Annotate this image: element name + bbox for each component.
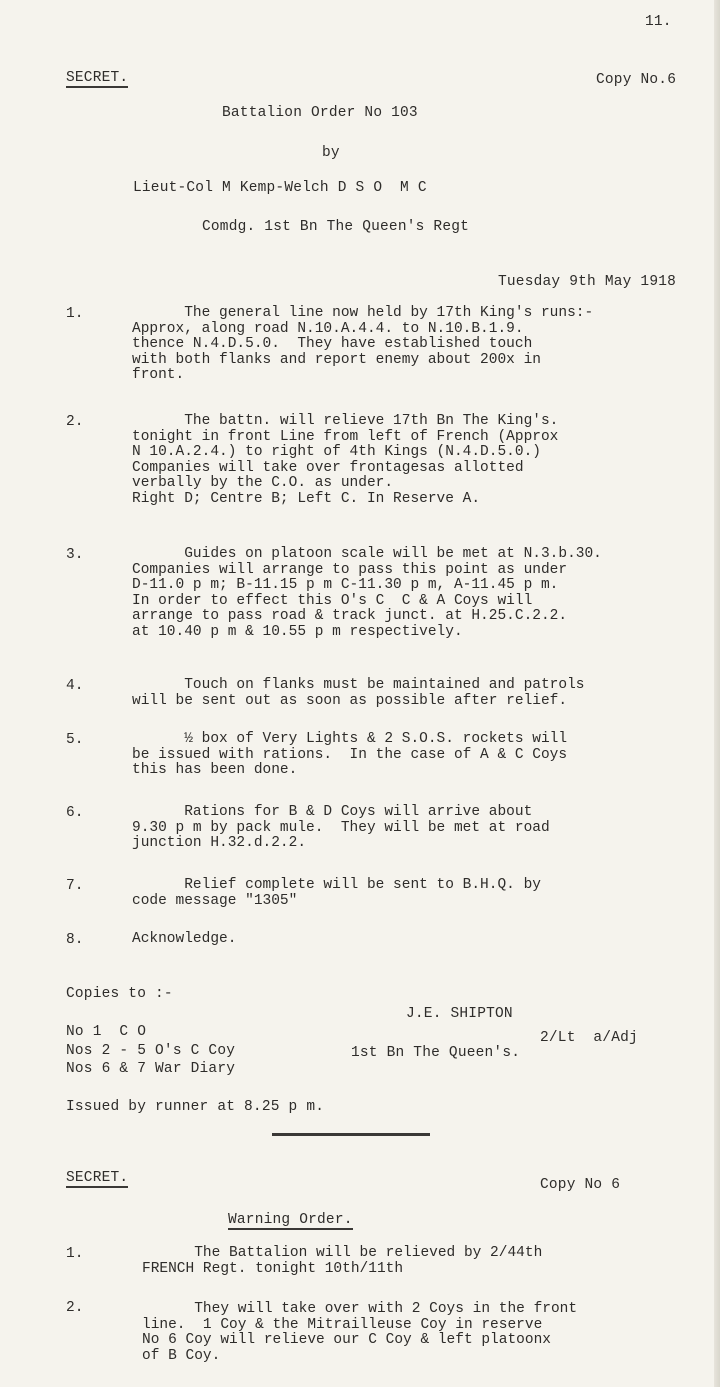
copy-recipient: Nos 2 - 5 O's C Coy bbox=[66, 1043, 235, 1059]
copy-recipient: Nos 6 & 7 War Diary bbox=[66, 1061, 235, 1077]
command-line: Comdg. 1st Bn The Queen's Regt bbox=[202, 219, 469, 235]
paragraph-text: Guides on platoon scale will be met at N… bbox=[132, 547, 602, 641]
paragraph-number: 7. bbox=[66, 878, 83, 894]
warning-classification: SECRET. bbox=[66, 1170, 128, 1186]
paragraph-text: Relief complete will be sent to B.H.Q. b… bbox=[132, 878, 541, 909]
section-divider bbox=[272, 1133, 430, 1136]
paragraph-text: The general line now held by 17th King's… bbox=[132, 306, 593, 384]
paragraph-text: ½ box of Very Lights & 2 S.O.S. rockets … bbox=[132, 732, 567, 779]
paragraph-text: The Battalion will be relieved by 2/44th… bbox=[142, 1246, 542, 1277]
classification-heading: SECRET. bbox=[66, 70, 128, 86]
page-number: 11. bbox=[645, 14, 672, 30]
paragraph-text: They will take over with 2 Coys in the f… bbox=[142, 1302, 577, 1364]
warning-copy-number: Copy No 6 bbox=[540, 1177, 620, 1193]
paragraph-text: Acknowledge. bbox=[132, 932, 236, 948]
secret-label: SECRET. bbox=[66, 70, 128, 88]
secret-label: SECRET. bbox=[66, 1170, 128, 1188]
paragraph-number: 2. bbox=[66, 1300, 83, 1316]
signatory-name: J.E. SHIPTON bbox=[406, 1006, 513, 1022]
paragraph-number: 5. bbox=[66, 732, 83, 748]
issued-note: Issued by runner at 8.25 p m. bbox=[66, 1099, 324, 1115]
copies-label: Copies to :- bbox=[66, 986, 173, 1002]
warning-title-text: Warning Order. bbox=[228, 1212, 353, 1230]
paragraph-number: 4. bbox=[66, 678, 83, 694]
paragraph-number: 3. bbox=[66, 547, 83, 563]
paragraph-number: 8. bbox=[66, 932, 83, 948]
signatory-rank: 2/Lt a/Adj bbox=[540, 1030, 638, 1046]
warning-title: Warning Order. bbox=[228, 1212, 353, 1228]
paragraph-number: 1. bbox=[66, 1246, 83, 1262]
document-page: 11. SECRET. Copy No.6 Battalion Order No… bbox=[0, 0, 714, 1387]
paragraph-number: 2. bbox=[66, 414, 83, 430]
copy-recipient: No 1 C O bbox=[66, 1024, 146, 1040]
signatory-unit: 1st Bn The Queen's. bbox=[351, 1045, 520, 1061]
paragraph-number: 1. bbox=[66, 306, 83, 322]
page-edge bbox=[714, 0, 720, 1387]
paragraph-number: 6. bbox=[66, 805, 83, 821]
commander-name: Lieut-Col M Kemp-Welch D S O M C bbox=[133, 180, 427, 196]
paragraph-text: The battn. will relieve 17th Bn The King… bbox=[132, 414, 558, 508]
paragraph-text: Touch on flanks must be maintained and p… bbox=[132, 678, 584, 709]
copy-number: Copy No.6 bbox=[596, 72, 676, 88]
order-title: Battalion Order No 103 bbox=[222, 105, 418, 121]
order-date: Tuesday 9th May 1918 bbox=[498, 274, 676, 290]
order-by: by bbox=[322, 145, 340, 161]
paragraph-text: Rations for B & D Coys will arrive about… bbox=[132, 805, 550, 852]
